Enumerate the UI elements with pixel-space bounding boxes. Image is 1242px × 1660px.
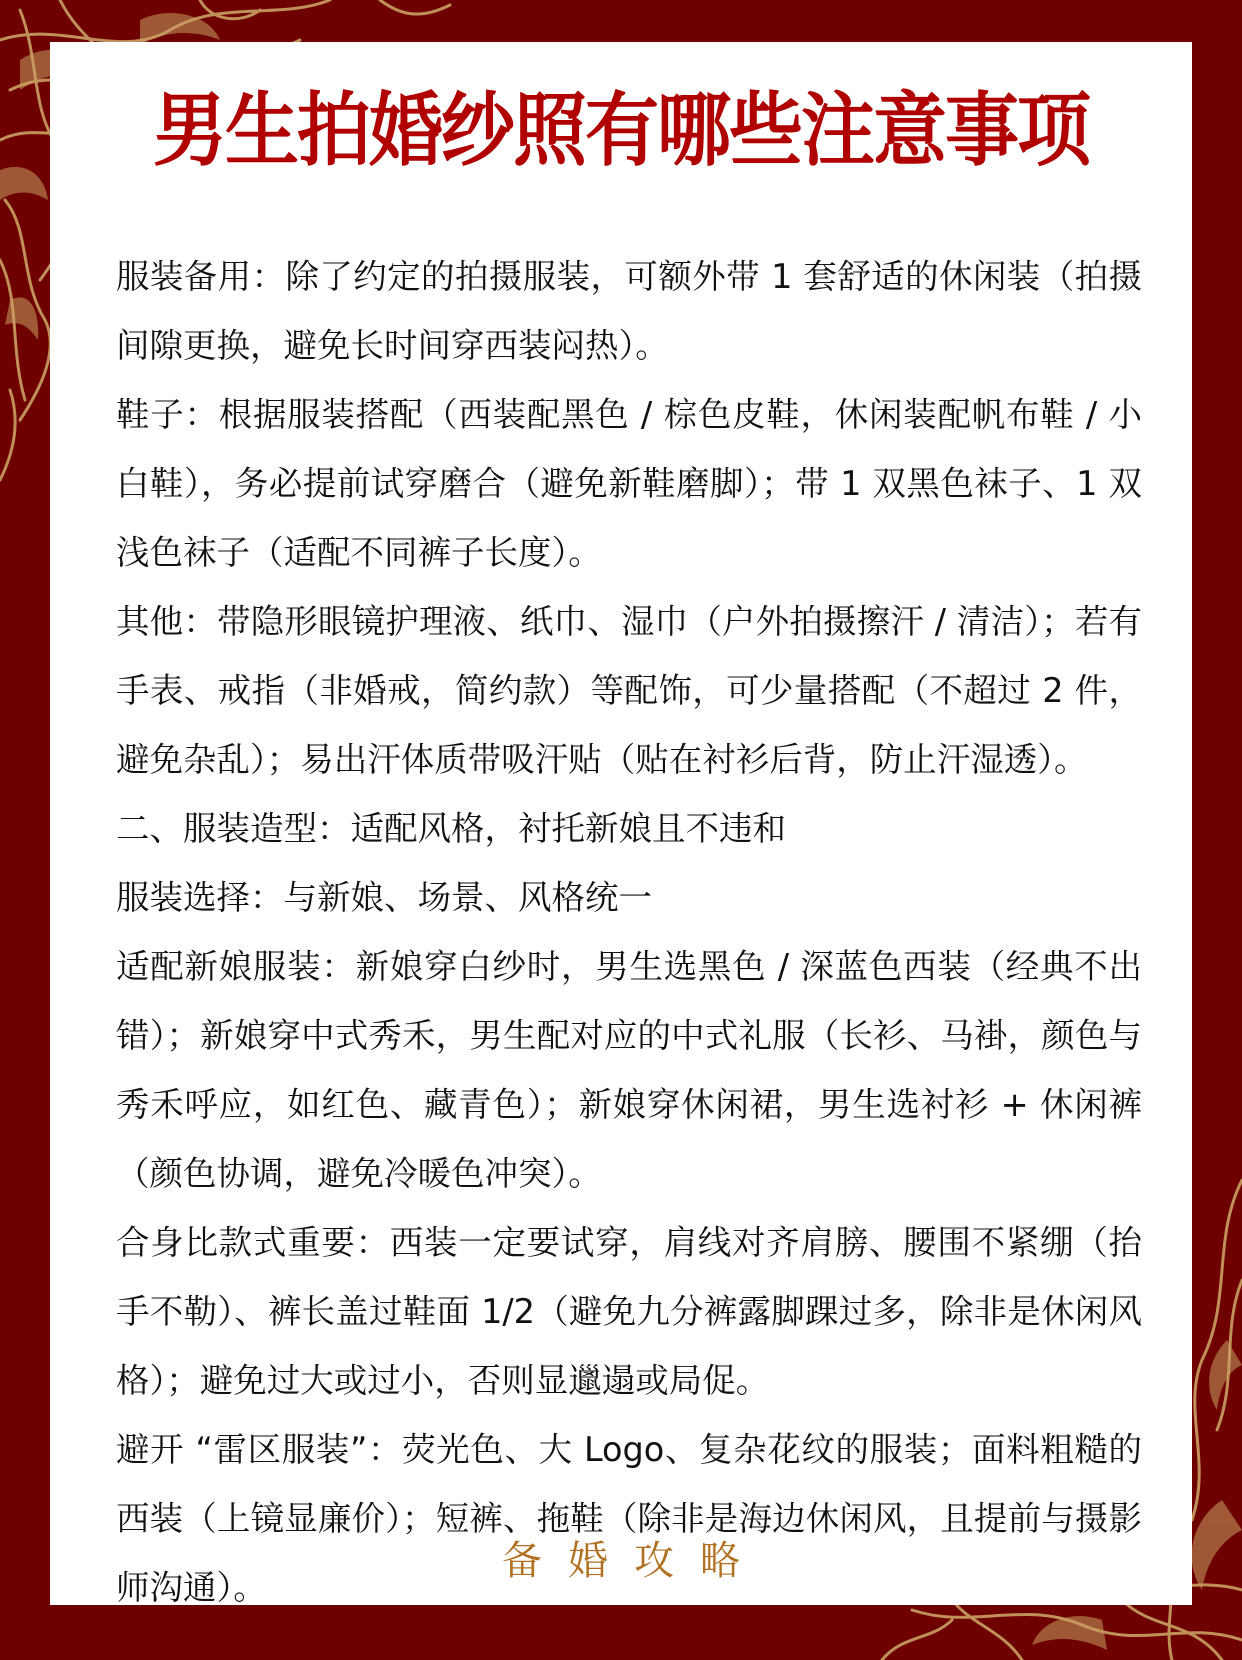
paragraph-match-bride: 适配新娘服装：新娘穿白纱时，男生选黑色 / 深蓝色西装（经典不出错）；新娘穿中式… [116, 932, 1142, 1208]
article-body: 服装备用：除了约定的拍摄服装，可额外带 1 套舒适的休闲装（拍摄间隙更换，避免长… [116, 242, 1142, 1622]
paragraph-other-items: 其他：带隐形眼镜护理液、纸巾、湿巾（户外拍摄擦汗 / 清洁）；若有手表、戒指（非… [116, 587, 1142, 794]
paragraph-avoid-clothing: 避开 “雷区服装”：荧光色、大 Logo、复杂花纹的服装；面料粗糙的西装（上镜显… [116, 1415, 1142, 1622]
section-heading-styling: 二、服装造型：适配风格，衬托新娘且不违和 [116, 794, 1142, 863]
page-title: 男生拍婚纱照有哪些注意事项 [50, 91, 1192, 171]
footer-label: 备婚攻略 [50, 1529, 1192, 1586]
paragraph-clothing-selection: 服装选择：与新娘、场景、风格统一 [116, 863, 1142, 932]
content-card: 男生拍婚纱照有哪些注意事项 服装备用：除了约定的拍摄服装，可额外带 1 套舒适的… [50, 42, 1192, 1605]
paragraph-clothing-backup: 服装备用：除了约定的拍摄服装，可额外带 1 套舒适的休闲装（拍摄间隙更换，避免长… [116, 242, 1142, 380]
paragraph-shoes: 鞋子：根据服装搭配（西装配黑色 / 棕色皮鞋，休闲装配帆布鞋 / 小白鞋），务必… [116, 380, 1142, 587]
paragraph-fit: 合身比款式重要：西装一定要试穿，肩线对齐肩膀、腰围不紧绷（抬手不勒）、裤长盖过鞋… [116, 1208, 1142, 1415]
